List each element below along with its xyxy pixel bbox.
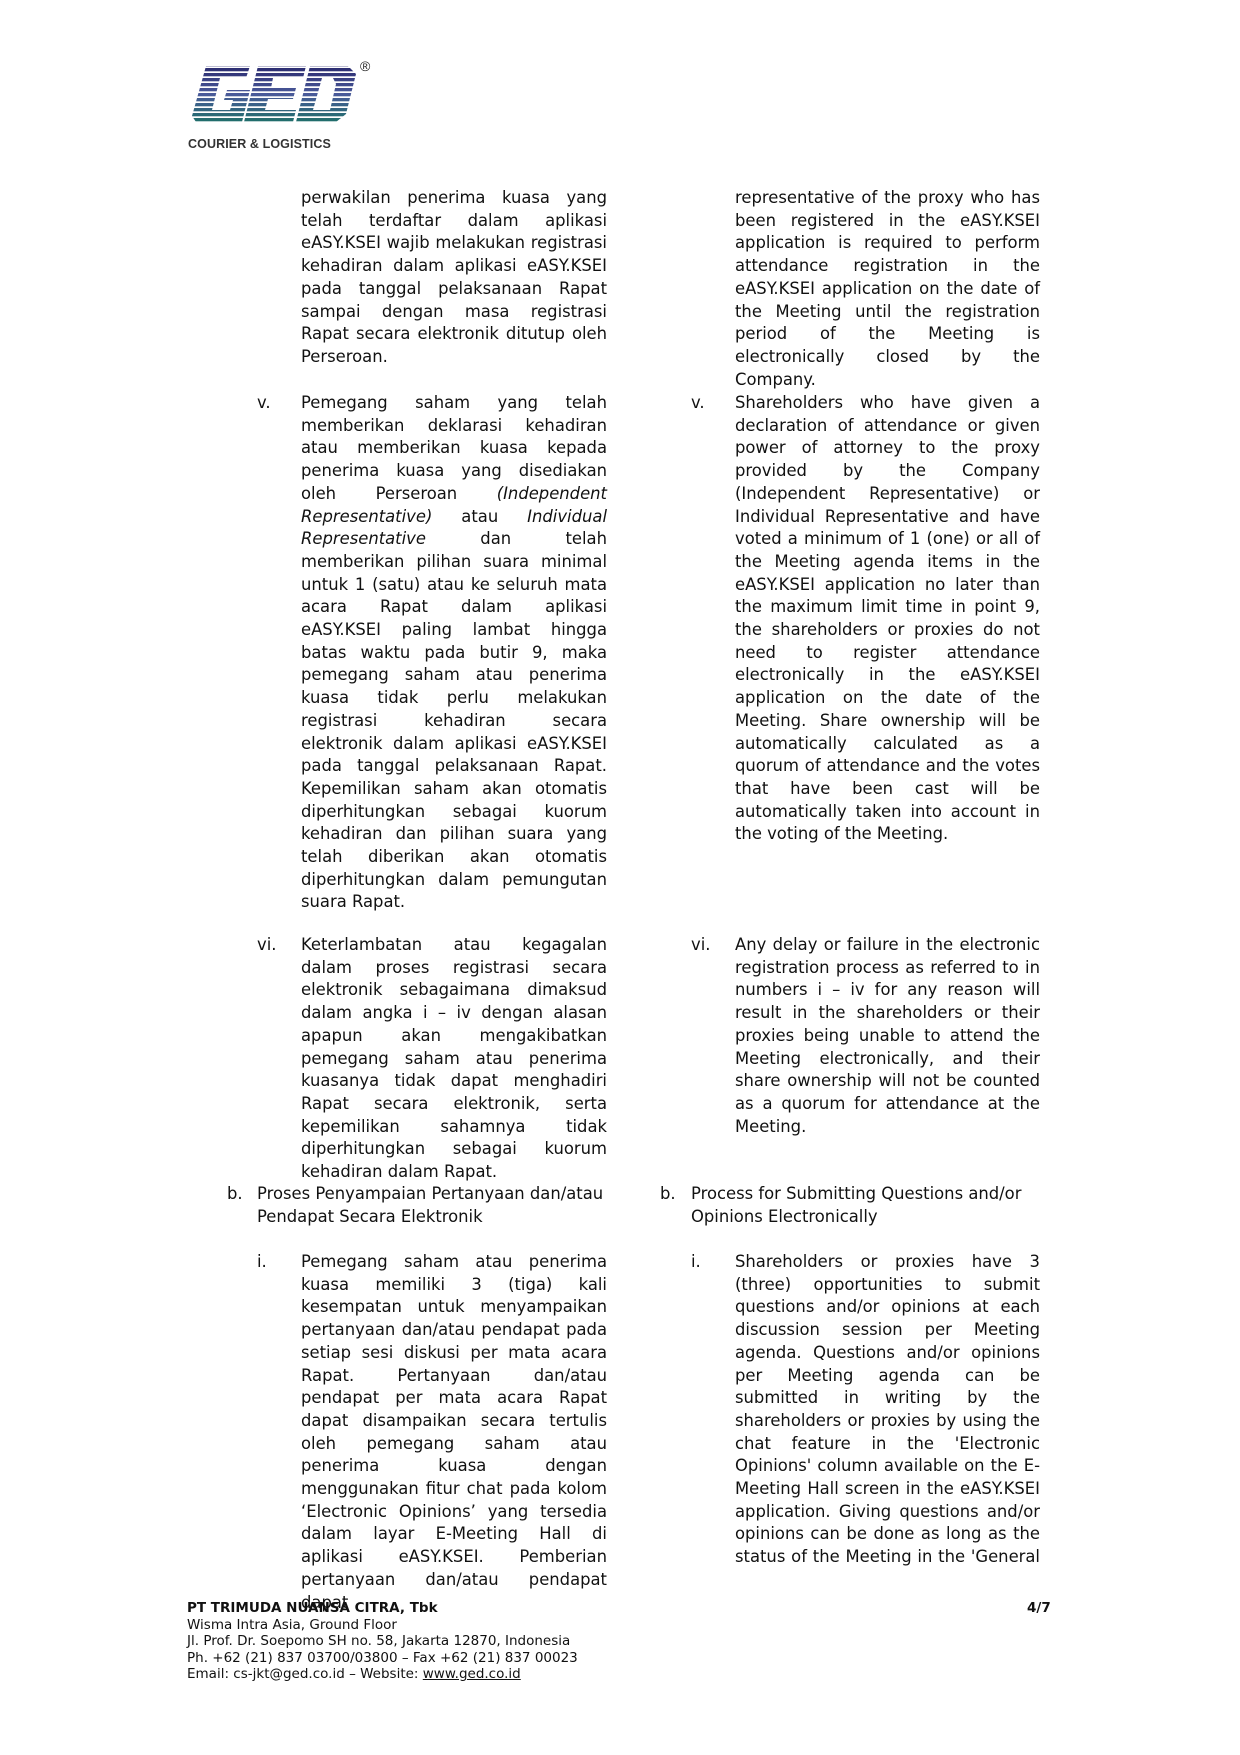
right-section-b-title: Process for Submitting Questions and/or … <box>691 1183 1043 1228</box>
footer-contact: Email: cs-jkt@ged.co.id – Website: www.g… <box>187 1666 578 1683</box>
left-item-b-i: Pemegang saham atau penerima kuasa memil… <box>301 1251 607 1614</box>
footer-website-link[interactable]: www.ged.co.id <box>423 1666 521 1682</box>
right-continuation: representative of the proxy who has been… <box>735 187 1040 391</box>
footer-phone: Ph. +62 (21) 837 03700/03800 – Fax +62 (… <box>187 1650 578 1667</box>
left-item-v: Pemegang saham yang telah memberikan dek… <box>301 392 607 914</box>
left-section-b-title: Proses Penyampaian Pertanyaan dan/atau P… <box>257 1183 609 1228</box>
logo-subtitle: COURIER & LOGISTICS <box>188 137 378 151</box>
right-item-vi: Any delay or failure in the electronic r… <box>735 934 1040 1138</box>
page-number: 4/7 <box>1027 1600 1051 1616</box>
right-item-b-i-marker: i. <box>691 1251 701 1274</box>
footer-email: Email: cs-jkt@ged.co.id – Website: <box>187 1666 423 1682</box>
right-item-v-marker: v. <box>691 392 705 415</box>
left-continuation: perwakilan penerima kuasa yang telah ter… <box>301 187 607 369</box>
right-item-vi-marker: vi. <box>691 934 710 957</box>
left-item-v-text-c: dan telah memberikan pilihan suara minim… <box>301 529 607 911</box>
left-item-v-marker: v. <box>257 392 271 415</box>
registered-mark: ® <box>360 58 370 74</box>
ged-logo: ® COURIER & LOGISTICS <box>188 58 378 150</box>
right-item-v: Shareholders who have given a declaratio… <box>735 392 1040 846</box>
left-item-vi-marker: vi. <box>257 934 276 957</box>
footer-company: PT TRIMUDA NUANSA CITRA, Tbk <box>187 1600 578 1617</box>
right-item-b-i: Shareholders or proxies have 3 (three) o… <box>735 1251 1040 1569</box>
footer-address-2: Jl. Prof. Dr. Soepomo SH no. 58, Jakarta… <box>187 1633 578 1650</box>
left-item-vi: Keterlambatan atau kegagalan dalam prose… <box>301 934 607 1184</box>
left-item-v-text-b: atau <box>432 507 527 526</box>
left-item-b-i-marker: i. <box>257 1251 267 1274</box>
footer-address-1: Wisma Intra Asia, Ground Floor <box>187 1617 578 1634</box>
left-section-b-marker: b. <box>227 1183 243 1206</box>
right-section-b-marker: b. <box>660 1183 676 1206</box>
page-footer: PT TRIMUDA NUANSA CITRA, Tbk Wisma Intra… <box>187 1600 578 1683</box>
ged-logo-icon <box>188 58 360 136</box>
